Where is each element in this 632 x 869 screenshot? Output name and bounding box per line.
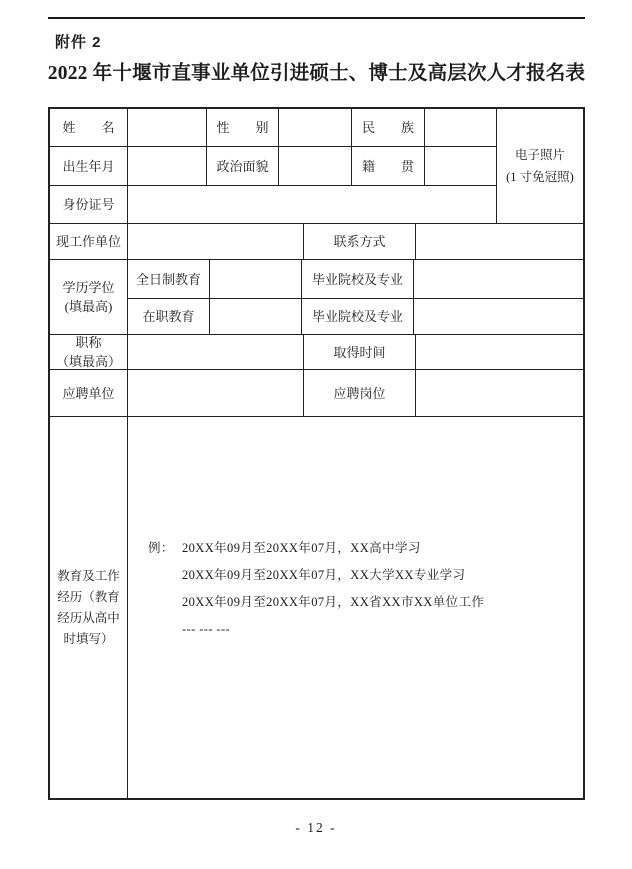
education-section: 学历学位 (填最高) 全日制教育 毕业院校及专业 在职教育 毕业院校及专业 <box>50 260 583 335</box>
application-form-table: 姓 名 性 别 民 族 出生年月 政治面貌 籍 贯 身份证号 <box>48 107 585 800</box>
experience-label: 教育及工作 经历（教育 经历从高中 时填写） <box>50 417 128 798</box>
id-number-label: 身份证号 <box>50 186 128 223</box>
education-right-grid: 全日制教育 毕业院校及专业 在职教育 毕业院校及专业 <box>128 260 583 334</box>
row-inservice-education: 在职教育 毕业院校及专业 <box>128 299 583 334</box>
page-title: 2022 年十堰市直事业单位引进硕士、博士及高层次人才报名表 <box>44 57 589 85</box>
gender-value-cell <box>279 109 352 146</box>
education-degree-label: 学历学位 (填最高) <box>50 260 128 334</box>
page-number: - 12 - <box>0 820 632 836</box>
fulltime-education-label: 全日制教育 <box>128 260 210 298</box>
obtain-time-value-cell <box>416 335 583 369</box>
experience-section: 教育及工作 经历（教育 经历从高中 时填写） 例：20XX年09月至20XX年0… <box>50 417 583 798</box>
political-status-value-cell <box>279 147 352 185</box>
work-unit-label: 现工作单位 <box>50 224 128 259</box>
row-name-gender-ethnicity: 姓 名 性 别 民 族 <box>50 109 496 147</box>
photo-label: 电子照片 (1 寸免冠照) <box>506 144 574 188</box>
fulltime-school-label: 毕业院校及专业 <box>302 260 414 298</box>
row-id-number: 身份证号 <box>50 186 496 223</box>
native-place-value-cell <box>425 147 496 185</box>
top-section: 姓 名 性 别 民 族 出生年月 政治面貌 籍 贯 身份证号 <box>50 109 583 224</box>
political-status-label: 政治面貌 <box>207 147 279 185</box>
obtain-time-label: 取得时间 <box>304 335 416 369</box>
experience-example-line: --- --- --- <box>148 616 575 643</box>
attachment-label: 附件 2 <box>55 31 102 52</box>
apply-unit-value-cell <box>128 370 304 416</box>
row-birth-political-native: 出生年月 政治面貌 籍 贯 <box>50 147 496 186</box>
apply-post-value-cell <box>416 370 583 416</box>
professional-title-label: 职称 （填最高） <box>50 335 128 369</box>
inservice-education-label: 在职教育 <box>128 299 210 334</box>
birth-date-label: 出生年月 <box>50 147 128 185</box>
native-place-label: 籍 贯 <box>352 147 425 185</box>
photo-cell: 电子照片 (1 寸免冠照) <box>497 109 583 223</box>
row-work-unit: 现工作单位 联系方式 <box>50 224 583 260</box>
header-rule <box>48 17 585 19</box>
apply-unit-label: 应聘单位 <box>50 370 128 416</box>
contact-label: 联系方式 <box>304 224 416 259</box>
experience-example-line: 例：20XX年09月至20XX年07月，XX高中学习 <box>148 535 575 562</box>
inservice-value-cell <box>210 299 302 334</box>
work-unit-value-cell <box>128 224 304 259</box>
row-fulltime-education: 全日制教育 毕业院校及专业 <box>128 260 583 299</box>
id-number-value-cell <box>128 186 496 223</box>
title-value-cell <box>128 335 304 369</box>
experience-example-line: 20XX年09月至20XX年07月，XX省XX市XX单位工作 <box>148 589 575 616</box>
name-label: 姓 名 <box>50 109 128 146</box>
inservice-school-label: 毕业院校及专业 <box>302 299 414 334</box>
gender-label: 性 别 <box>207 109 279 146</box>
apply-post-label: 应聘岗位 <box>304 370 416 416</box>
contact-value-cell <box>416 224 583 259</box>
ethnicity-value-cell <box>425 109 496 146</box>
document-page: 附件 2 2022 年十堰市直事业单位引进硕士、博士及高层次人才报名表 姓 名 … <box>0 0 632 869</box>
experience-content-cell: 例：20XX年09月至20XX年07月，XX高中学习 20XX年09月至20XX… <box>128 417 583 798</box>
example-text: 20XX年09月至20XX年07月，XX高中学习 <box>182 541 421 555</box>
name-value-cell <box>128 109 207 146</box>
fulltime-school-value-cell <box>414 260 583 298</box>
ethnicity-label: 民 族 <box>352 109 425 146</box>
row-professional-title: 职称 （填最高） 取得时间 <box>50 335 583 370</box>
experience-example-line: 20XX年09月至20XX年07月，XX大学XX专业学习 <box>148 562 575 589</box>
example-prefix: 例： <box>148 535 182 562</box>
birth-date-value-cell <box>128 147 207 185</box>
inservice-school-value-cell <box>414 299 583 334</box>
top-left-grid: 姓 名 性 别 民 族 出生年月 政治面貌 籍 贯 身份证号 <box>50 109 497 223</box>
row-apply-unit: 应聘单位 应聘岗位 <box>50 370 583 417</box>
fulltime-value-cell <box>210 260 302 298</box>
